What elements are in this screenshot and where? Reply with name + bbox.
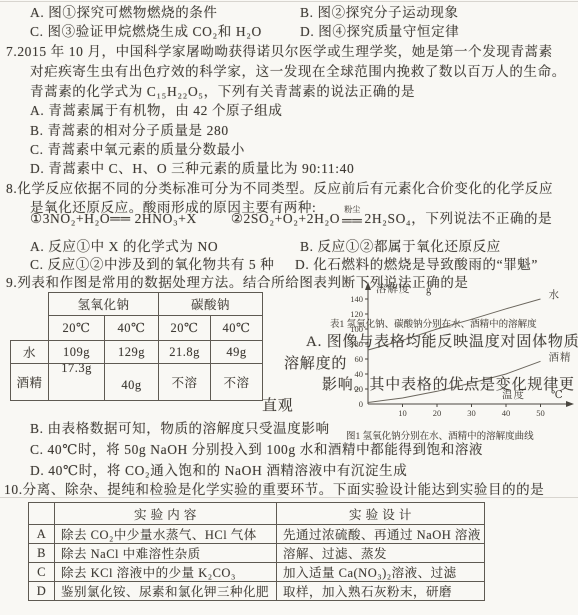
q9-option-a-line-1: A. 图像与表格均能反映温度对固体物质 xyxy=(306,334,578,351)
solubility-row-label-water: 水 xyxy=(11,341,49,364)
exam-document: A. 图①探究可燃物燃烧的条件 B. 图②探究分子运动现象 C. 图③验证甲烷燃… xyxy=(0,0,578,615)
table-row: A 除去 CO₂中少量水蒸气、HCl 气体 先通过浓硫酸、再通过 NaOH 溶液 xyxy=(29,525,485,544)
solubility-table-temp-header: 40℃ xyxy=(211,316,263,341)
q9-option-a-line-4: 直观 xyxy=(262,398,294,415)
scan-artifact-line-mid xyxy=(0,497,578,498)
x-axis-arrow xyxy=(566,401,574,407)
solubility-table-temp-header: 40℃ xyxy=(105,316,159,341)
solubility-cell: 21.8g xyxy=(159,341,211,364)
solubility-table-group-naoh: 氢氧化钠 xyxy=(49,293,159,316)
table1-caption: 表1 氢氧化钠、碳酸钠分别在水、酒精中的溶解度 xyxy=(330,317,537,334)
table-row: D 鉴别氯化铵、尿素和氯化钾三种化肥 取样，加入熟石灰粉末，研磨 xyxy=(29,582,485,601)
q8-equation-2: ②2SO₂+O₂+2H₂O 粉尘 ══ 2H₂SO₄，下列说法不正确的是 xyxy=(231,206,552,227)
table-row: C 除去 KCl 溶液中的少量 K₂CO₃ 加入适量 Ca(NO₃)₂溶液、过滤 xyxy=(29,563,485,582)
solubility-table-temp-header: 20℃ xyxy=(49,316,105,341)
experiment-design-cell: 先通过浓硫酸、再通过 NaOH 溶液 xyxy=(277,525,485,544)
q6-option-b: B. 图②探究分子运动现象 xyxy=(300,4,459,21)
y-tick-label: 140 xyxy=(350,294,363,304)
q7-option-d: D. 青蒿素中 C、H、O 三种元素的质量比为 90:11:40 xyxy=(30,160,354,177)
solubility-table-group-na2co3: 碳酸钠 xyxy=(159,293,263,316)
q10-stem: 10.分离、除杂、提纯和检验是化学实验的重要环节。下面实验设计能达到实验目的的是 xyxy=(4,481,544,498)
solubility-table: 氢氧化钠 碳酸钠 20℃ 40℃ 20℃ 40℃ 水 109g 129g 21.… xyxy=(10,292,263,401)
experiment-content-cell: 除去 KCl 溶液中的少量 K₂CO₃ xyxy=(55,563,277,582)
q7-stem-line-3: 青蒿素的化学式为 C₁₅H₂₂O₅，下列有关青蒿素的说法正确的是 xyxy=(30,83,415,100)
q9-option-a-line-3: 影响。其中表格的优点是变化规律更 xyxy=(322,377,575,394)
q9-option-c: C. 40℃时，将 50g NaOH 分别投入到 100g 水和酒精中都能得到饱… xyxy=(30,441,483,458)
experiment-table-header-content: 实 验 内 容 xyxy=(55,503,277,525)
experiment-table-corner-cell xyxy=(29,503,55,525)
solubility-table-temp-header: 20℃ xyxy=(159,316,211,341)
q7-option-c: C. 青蒿素中氧元素的质量分数最小 xyxy=(30,141,245,158)
experiment-design-cell: 取样，加入熟石灰粉末，研磨 xyxy=(277,582,485,601)
experiment-table-header-design: 实 验 设 计 xyxy=(277,503,485,525)
solubility-cell: 17.3g xyxy=(49,364,105,401)
experiment-content-cell: 除去 NaCl 中难溶性杂质 xyxy=(55,544,277,563)
table-row: B 除去 NaCl 中难溶性杂质 溶解、过滤、蒸发 xyxy=(29,544,485,563)
q8-equations-row: ①3NO₂+H₂O══ 2HNO₃+X ②2SO₂+O₂+2H₂O 粉尘 ══ … xyxy=(30,206,552,227)
q8-stem-line-1: 8.化学反应依据不同的分类标准可分为不同类型。反应前后有元素化合价变化的化学反应 xyxy=(6,180,553,197)
x-tick-label: 20 xyxy=(433,408,442,418)
series-label: 酒精 xyxy=(549,350,572,363)
q8-equation-1: ①3NO₂+H₂O══ 2HNO₃+X xyxy=(30,210,197,227)
q8-option-a: A. 反应①中 X 的化学式为 NO xyxy=(30,238,218,255)
solubility-cell: 40g xyxy=(105,364,159,401)
experiment-row-letter: D xyxy=(29,582,55,601)
q6-option-d: D. 图④探究质量守恒定律 xyxy=(300,23,459,40)
q7-option-a: A. 青蒿素属于有机物，由 42 个原子组成 xyxy=(30,102,282,119)
y-axis-title: 溶解度 xyxy=(376,282,411,295)
y-axis-unit: g xyxy=(426,285,432,296)
q9-option-d: D. 40℃时，将 CO₂通入饱和的 NaOH 酒精溶液中有沉淀生成 xyxy=(30,462,407,479)
q6-option-a: A. 图①探究可燃物燃烧的条件 xyxy=(30,4,218,21)
x-tick-label: 40 xyxy=(502,408,511,418)
q8-equals-line: ══ xyxy=(342,214,362,227)
x-tick-label: 50 xyxy=(536,408,545,418)
q8-equation-2-reactants: ②2SO₂+O₂+2H₂O xyxy=(231,210,340,227)
y-tick-label: 0 xyxy=(359,399,363,409)
experiment-content-cell: 鉴别氯化铵、尿素和氯化钾三种化肥 xyxy=(55,582,277,601)
y-tick-label: 60 xyxy=(355,354,364,364)
table-row: 水 109g 129g 21.8g 49g xyxy=(11,341,263,364)
solubility-row-label-alcohol: 酒精 xyxy=(11,364,49,401)
x-tick-label: 10 xyxy=(398,408,407,418)
q8-option-b: B. 反应①②都属于氧化还原反应 xyxy=(300,238,501,255)
experiment-design-cell: 溶解、过滤、蒸发 xyxy=(277,544,485,563)
q7-stem-line-2: 对疟疾寄生虫有出色疗效的科学家，这一发现在全球范围内挽救了数以百万人的生命。 xyxy=(30,63,566,80)
solubility-cell: 不溶 xyxy=(211,364,263,401)
y-axis-arrow xyxy=(365,282,371,290)
q8-option-c: C. 反应①②中涉及到的氧化物共有 5 种 xyxy=(30,256,274,273)
solubility-chart: 0204060801001201401020304050水酒精溶解度g温度℃ xyxy=(342,282,578,434)
experiment-design-cell: 加入适量 Ca(NO₃)₂溶液、过滤 xyxy=(277,563,485,582)
experiment-row-letter: A xyxy=(29,525,55,544)
table-row: 酒精 17.3g 40g 不溶 不溶 xyxy=(11,364,263,401)
q9-option-b: B. 由表格数据可知，物质的溶解度只受温度影响 xyxy=(30,420,330,437)
solubility-cell: 不溶 xyxy=(159,364,211,401)
solubility-cell: 49g xyxy=(211,341,263,364)
solubility-cell: 129g xyxy=(105,341,159,364)
experiment-table: 实 验 内 容 实 验 设 计 A 除去 CO₂中少量水蒸气、HCl 气体 先通… xyxy=(28,502,485,601)
q8-equation-2-products: 2H₂SO₄，下列说法不正确的是 xyxy=(364,210,552,227)
q6-option-c: C. 图③验证甲烷燃烧生成 CO₂和 H₂O xyxy=(30,23,262,40)
solubility-table-corner-cell xyxy=(11,293,49,341)
q8-equation-2-condition-stack: 粉尘 ══ xyxy=(342,206,362,227)
x-tick-label: 30 xyxy=(467,408,476,418)
experiment-row-letter: C xyxy=(29,563,55,582)
experiment-content-cell: 除去 CO₂中少量水蒸气、HCl 气体 xyxy=(55,525,277,544)
scan-artifact-line-top xyxy=(0,1,578,2)
q9-option-a-line-2: 溶解度的 xyxy=(284,356,347,373)
q7-option-b: B. 青蒿素的相对分子质量是 280 xyxy=(30,122,229,139)
series-label: 水 xyxy=(549,288,561,301)
experiment-row-letter: B xyxy=(29,544,55,563)
q8-option-d: D. 化石燃料的燃烧是导致酸雨的“罪魁” xyxy=(295,256,538,273)
q7-stem-line-1: 7.2015 年 10 月，中国科学家屠呦呦获得诺贝尔医学或生理学奖，她是第一个… xyxy=(6,43,553,60)
solubility-cell: 109g xyxy=(49,341,105,364)
